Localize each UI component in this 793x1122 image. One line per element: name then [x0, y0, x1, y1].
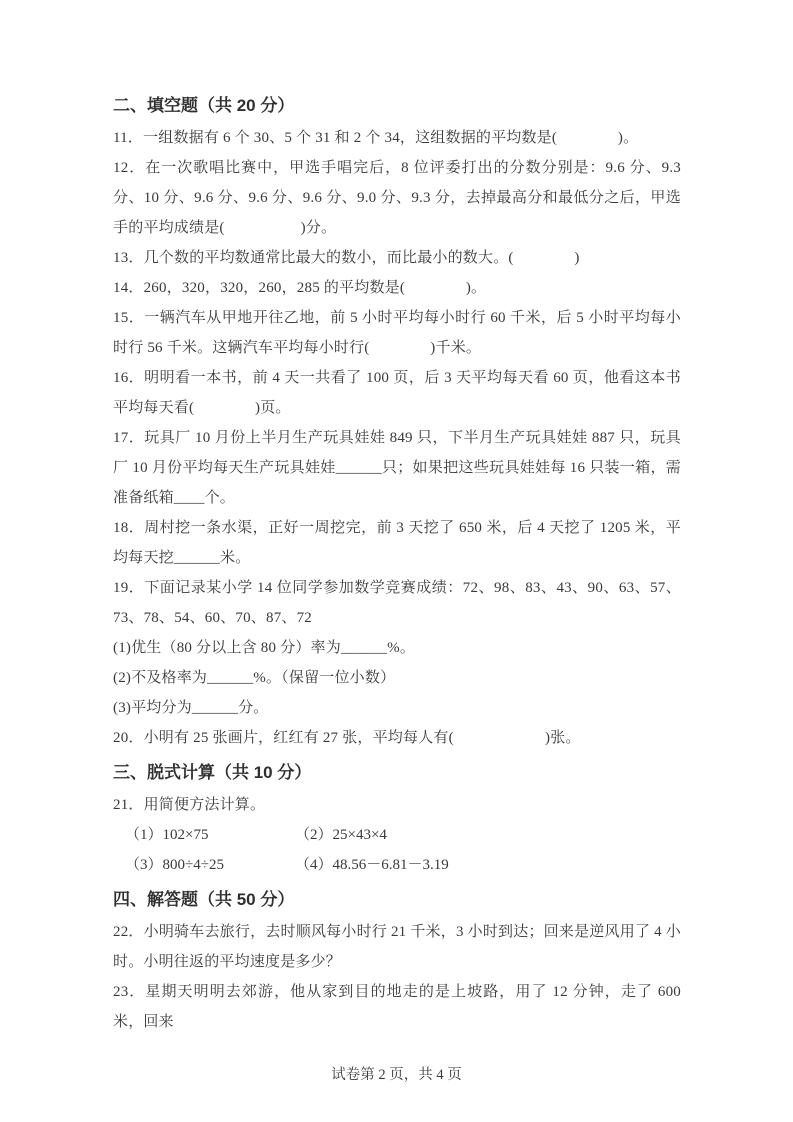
calc-item-1: （1）102×75 [125, 820, 295, 850]
question-14: 14．260，320，320，260，285 的平均数是( )。 [113, 273, 681, 303]
question-19-part-3: (3)平均分为______分。 [113, 693, 681, 723]
section-title-fill-in-blanks: 二、填空题（共 20 分） [113, 91, 681, 121]
question-19-part-2: (2)不及格率为______%。（保留一位小数） [113, 663, 681, 693]
question-13: 13．几个数的平均数通常比最大的数小，而比最小的数大。( ) [113, 243, 681, 273]
calc-item-4: （4）48.56－6.81－3.19 [295, 850, 449, 880]
page-footer: 试卷第 2 页，共 4 页 [0, 1060, 793, 1090]
calc-item-3: （3）800÷4÷25 [125, 850, 295, 880]
question-16: 16．明明看一本书，前 4 天一共看了 100 页，后 3 天平均每天看 60 … [113, 363, 681, 423]
question-17: 17．玩具厂 10 月份上半月生产玩具娃娃 849 只，下半月生产玩具娃娃 88… [113, 423, 681, 513]
section-title-calculation: 三、脱式计算（共 10 分） [113, 758, 681, 788]
section-title-word-problems: 四、解答题（共 50 分） [113, 885, 681, 915]
question-11: 11．一组数据有 6 个 30、5 个 31 和 2 个 34，这组数据的平均数… [113, 123, 681, 153]
question-18: 18．周村挖一条水渠，正好一周挖完，前 3 天挖了 650 米，后 4 天挖了 … [113, 513, 681, 573]
question-19: 19．下面记录某小学 14 位同学参加数学竞赛成绩：72、98、83、43、90… [113, 573, 681, 633]
calc-item-2: （2）25×43×4 [295, 820, 387, 850]
question-22: 22．小明骑车去旅行，去时顺风每小时行 21 千米，3 小时到达；回来是逆风用了… [113, 917, 681, 977]
question-12: 12．在一次歌唱比赛中，甲选手唱完后，8 位评委打出的分数分别是：9.6 分、9… [113, 153, 681, 243]
question-20: 20．小明有 25 张画片，红红有 27 张，平均每人有( )张。 [113, 723, 681, 753]
question-15: 15．一辆汽车从甲地开往乙地，前 5 小时平均每小时行 60 千米，后 5 小时… [113, 303, 681, 363]
question-23: 23．星期天明明去郊游，他从家到目的地走的是上坡路，用了 12 分钟，走了 60… [113, 977, 681, 1037]
calc-row-2: （3）800÷4÷25 （4）48.56－6.81－3.19 [113, 850, 681, 880]
exam-page: 二、填空题（共 20 分） 11．一组数据有 6 个 30、5 个 31 和 2… [0, 0, 793, 1122]
question-19-part-1: (1)优生（80 分以上含 80 分）率为______%。 [113, 633, 681, 663]
calc-row-1: （1）102×75 （2）25×43×4 [113, 820, 681, 850]
question-21-intro: 21．用简便方法计算。 [113, 790, 681, 820]
